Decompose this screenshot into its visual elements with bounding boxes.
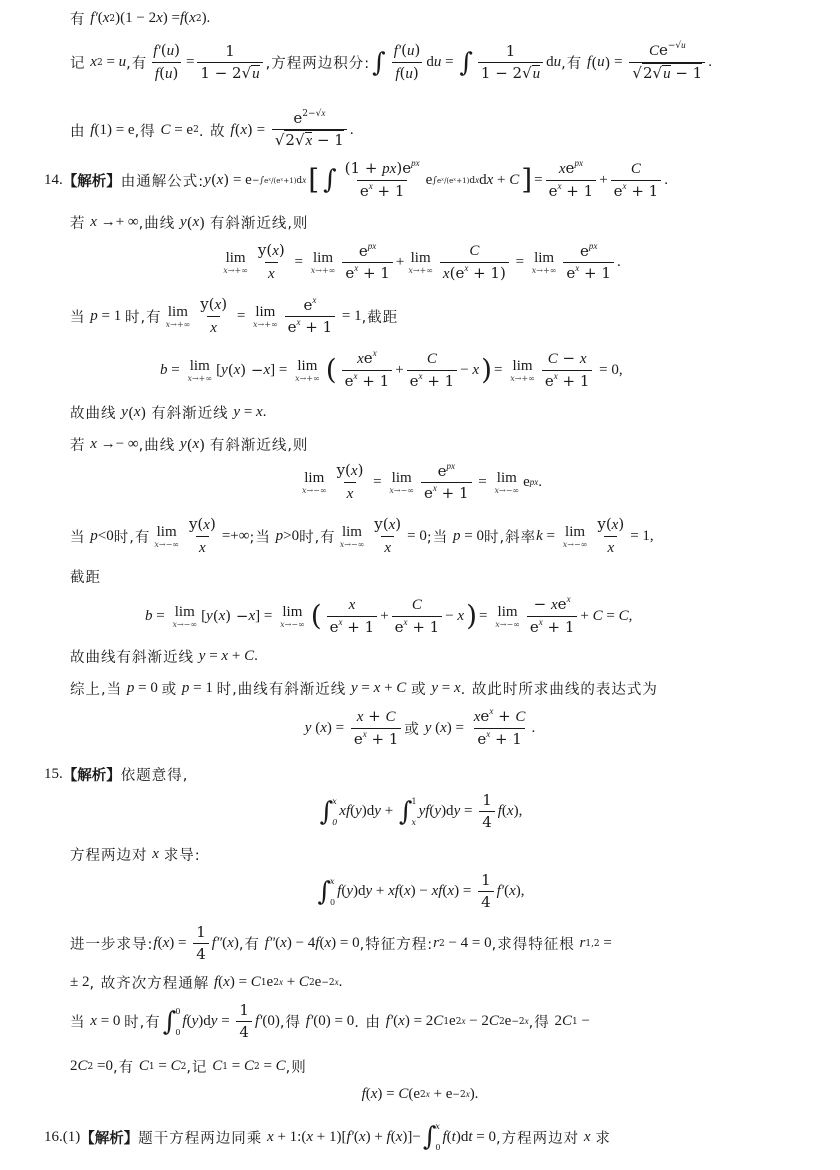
label: ,记 bbox=[186, 1056, 207, 1077]
part-number: (1) bbox=[63, 1129, 81, 1146]
text-line: 进一步求导: f(x) = 14f″(x) ,有 f″(x) − 4f(x) =… bbox=[70, 924, 612, 963]
label: ,截距 bbox=[362, 306, 399, 327]
label: 当 bbox=[70, 1011, 86, 1032]
label: ,得 bbox=[280, 1011, 301, 1032]
label: 时,有 bbox=[125, 306, 162, 327]
text-line: 当 p = 1 时,有 limx→+∞ y(x)x = limx→+∞ exex… bbox=[70, 296, 398, 337]
text-line: 当 p<0 时,有 limx→−∞ y(x)x=+∞ ;当 p>0 时,有 li… bbox=[70, 516, 654, 557]
label: 时,斜率 bbox=[484, 526, 536, 547]
label: 截距 bbox=[70, 566, 101, 587]
label: . 故此时所求曲线的表达式为 bbox=[461, 678, 658, 699]
text-line: 记 x2 = u ,有 f′(u)f(u) = 11 − 2√u ,方程两边积分… bbox=[70, 42, 712, 83]
label: , 故齐次方程通解 bbox=[89, 972, 209, 993]
label: ,得 bbox=[135, 120, 156, 141]
label: ,方程两边对 bbox=[496, 1127, 579, 1148]
label: ;当 bbox=[427, 526, 448, 547]
label: ,求得特征根 bbox=[492, 933, 575, 954]
text-line: 15. 【解析】 依题意得, bbox=[44, 764, 188, 785]
label: 若 bbox=[70, 434, 86, 455]
label: 时,有 bbox=[299, 526, 336, 547]
math-display: y (x) = x + Cex + 1 或 y (x) = xex + Cex … bbox=[0, 708, 840, 748]
text-line: 综上,当 p = 0 或 p = 1 时,曲线有斜渐近线 y = x + C 或… bbox=[70, 678, 658, 699]
label: 若 bbox=[70, 212, 86, 233]
label: 或 bbox=[162, 678, 178, 699]
label: 综上,当 bbox=[70, 678, 122, 699]
math-display: ∫x0 xf(y)dy + ∫1x yf(y)dy = 14f(x), bbox=[0, 792, 840, 831]
label: ;当 bbox=[249, 526, 270, 547]
label: 故曲线有斜渐近线 bbox=[70, 646, 194, 667]
text-line: 截距 bbox=[70, 566, 101, 587]
label: 由 bbox=[70, 120, 86, 141]
label: 当 bbox=[70, 526, 86, 547]
text-line: ± 2 , 故齐次方程通解 f(x) = C1e2x + C2e−2x. bbox=[70, 972, 342, 993]
label: ,有 bbox=[239, 933, 260, 954]
text-line: 由 f(1) = e ,得 C = e2 . 故 f(x) = e2−√x√2√… bbox=[70, 110, 354, 150]
label: 进一步求导: bbox=[70, 933, 153, 954]
math-display: limx→+∞ y(x)x = limx→+∞ epxex + 1+ limx→… bbox=[0, 242, 840, 283]
label: 有斜渐近线,则 bbox=[210, 212, 309, 233]
label: 时,有 bbox=[114, 526, 151, 547]
label: 有 bbox=[70, 8, 86, 29]
text-line: 16. (1) 【解析】 题干方程两边同乘 x + 1:(x + 1)[f′(x… bbox=[44, 1122, 611, 1152]
label: 时,曲线有斜渐近线 bbox=[217, 678, 347, 699]
label: 求导: bbox=[164, 844, 201, 865]
text-line: 方程两边对 x 求导: bbox=[70, 844, 201, 865]
text-line: 有 f′(x2)(1 − 2x) = f(x2). bbox=[70, 8, 210, 29]
label: 时,有 bbox=[124, 1011, 161, 1032]
problem-number: 15. bbox=[44, 766, 63, 783]
math-display: b = limx→+∞ [y(x) − x] = limx→+∞ (xexex … bbox=[160, 350, 623, 390]
text-line: 故曲线有斜渐近线 y = x + C. bbox=[70, 646, 258, 667]
math-display: limx→−∞ y(x)x = limx→−∞ epxex + 1 = limx… bbox=[0, 462, 840, 503]
analysis-tag: 【解析】 bbox=[80, 1127, 138, 1148]
label: 由通解公式: bbox=[121, 170, 204, 191]
text-line: 2C2 =0 ,有 C1 = C2 ,记 C1 = C2 = C ,则 bbox=[70, 1056, 307, 1077]
label: 依题意得, bbox=[121, 764, 189, 785]
label: 题干方程两边同乘 bbox=[138, 1127, 262, 1148]
label: 故曲线 bbox=[70, 402, 117, 423]
label: 当 bbox=[70, 306, 86, 327]
text-line: 当 x = 0 时,有 ∫00 f(y)dy = 14f′(0) ,得 f′(0… bbox=[70, 1002, 590, 1041]
problem-number: 14. bbox=[44, 172, 63, 189]
label: ,方程两边积分: bbox=[266, 52, 371, 73]
label: ,则 bbox=[286, 1056, 307, 1077]
label: 有斜渐近线 bbox=[151, 402, 229, 423]
label: 求 bbox=[595, 1127, 611, 1148]
text-line: 14. 【解析】 由通解公式: y(x) = e−∫eˣ/(eˣ+1)dx [∫… bbox=[44, 160, 668, 200]
label: 有斜渐近线,则 bbox=[210, 434, 309, 455]
label: ,有 bbox=[126, 52, 147, 73]
text-line: 若 x →+ ∞ ,曲线 y(x) 有斜渐近线,则 bbox=[70, 212, 308, 233]
label: ,曲线 bbox=[139, 212, 176, 233]
label: . 由 bbox=[354, 1011, 381, 1032]
label: ,有 bbox=[113, 1056, 134, 1077]
text-line: 故曲线 y(x) 有斜渐近线 y = x. bbox=[70, 402, 266, 423]
problem-number: 16. bbox=[44, 1129, 63, 1146]
math-display: b = limx→−∞ [y(x) − x] = limx→−∞ (xex + … bbox=[145, 596, 632, 636]
label: ,有 bbox=[561, 52, 582, 73]
analysis-tag: 【解析】 bbox=[63, 764, 121, 785]
label: ,得 bbox=[529, 1011, 550, 1032]
label: . 故 bbox=[199, 120, 226, 141]
label: 或 bbox=[411, 678, 427, 699]
analysis-tag: 【解析】 bbox=[63, 170, 121, 191]
label: 方程两边对 bbox=[70, 844, 148, 865]
label: 或 bbox=[404, 718, 420, 739]
label: ,曲线 bbox=[139, 434, 176, 455]
label: ,特征方程: bbox=[360, 933, 434, 954]
math-display: f(x) = C(e2x + e−2x). bbox=[0, 1086, 840, 1103]
label: 记 bbox=[70, 52, 86, 73]
text-line: 若 x →− ∞ ,曲线 y(x) 有斜渐近线,则 bbox=[70, 434, 308, 455]
math-display: ∫x0 f(y)dy + xf(x) − xf(x) = 14f′(x), bbox=[0, 872, 840, 911]
